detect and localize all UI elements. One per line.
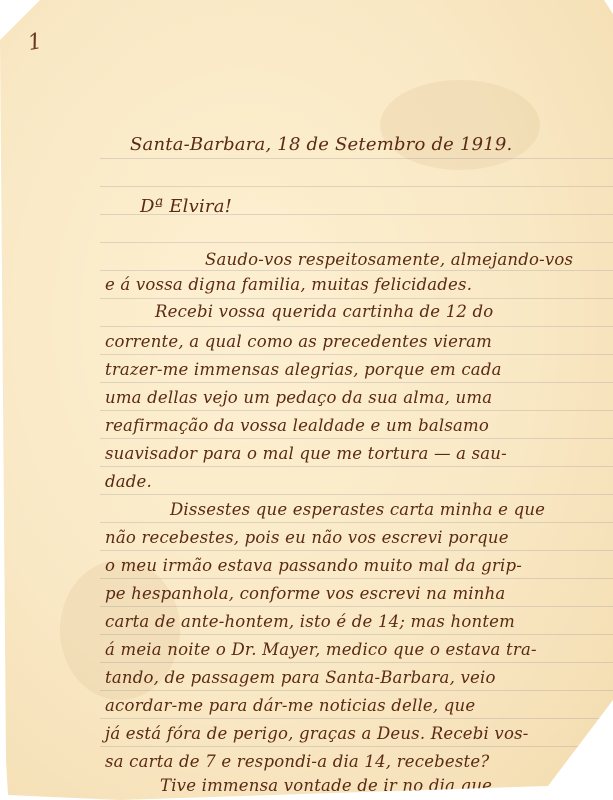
body-line: Tive immensa vontade de ir no dia que <box>160 776 492 795</box>
body-line: suavisador para o mal que me tortura — a… <box>105 444 507 463</box>
body-line: sa carta de 7 e respondi-a dia 14, receb… <box>105 752 489 771</box>
ruled-line <box>100 354 613 355</box>
ruled-line <box>100 466 613 467</box>
ruled-line <box>100 326 613 327</box>
body-line: Dissestes que esperastes carta minha e q… <box>170 500 545 519</box>
letter-page: 1 Santa-Barbara, 18 de Setembro de 1919.… <box>0 0 613 800</box>
body-line: reafirmação da vossa lealdade e um balsa… <box>105 416 489 435</box>
body-line: corrente, a qual como as precedentes vie… <box>105 332 492 351</box>
paper-stain <box>380 80 540 170</box>
body-line: o meu irmão estava passando muito mal da… <box>105 556 522 575</box>
body-line: já está fóra de perigo, graças a Deus. R… <box>105 724 529 743</box>
body-line: carta de ante-hontem, isto é de 14; mas … <box>105 612 515 631</box>
ruled-line <box>100 438 613 439</box>
ruled-line <box>100 494 613 495</box>
ruled-line <box>100 606 613 607</box>
ruled-line <box>100 242 613 243</box>
ruled-line <box>100 298 613 299</box>
page-number: 1 <box>26 29 44 56</box>
body-line: trazer-me immensas alegrias, porque em c… <box>105 360 502 379</box>
ruled-line <box>100 690 613 691</box>
ruled-line <box>100 410 613 411</box>
body-line: não recebestes, pois eu não vos escrevi … <box>105 528 509 547</box>
body-line: dade. <box>105 472 152 491</box>
ruled-line <box>100 270 613 271</box>
ruled-line <box>100 550 613 551</box>
ruled-line <box>100 522 613 523</box>
body-line: acordar-me para dár-me noticias delle, q… <box>105 696 475 715</box>
ruled-line <box>100 186 613 187</box>
ruled-line <box>100 718 613 719</box>
body-line: e á vossa digna familia, muitas felicida… <box>105 275 472 294</box>
ruled-line <box>100 746 613 747</box>
body-line: uma dellas vejo um pedaço da sua alma, u… <box>105 388 492 407</box>
body-line: Saudo-vos respeitosamente, almejando-vos <box>205 250 573 269</box>
body-line: pe hespanhola, conforme vos escrevi na m… <box>105 584 505 603</box>
body-line: á meia noite o Dr. Mayer, medico que o e… <box>105 640 537 659</box>
ruled-line <box>100 578 613 579</box>
ruled-line <box>100 158 613 159</box>
ruled-line <box>100 382 613 383</box>
ruled-line <box>100 662 613 663</box>
body-line: Recebi vossa querida cartinha de 12 do <box>155 302 493 321</box>
date-line: Santa-Barbara, 18 de Setembro de 1919. <box>130 134 512 155</box>
ruled-line <box>100 634 613 635</box>
body-line: tando, de passagem para Santa-Barbara, v… <box>105 668 496 687</box>
salutation: Dª Elvira! <box>140 196 232 217</box>
